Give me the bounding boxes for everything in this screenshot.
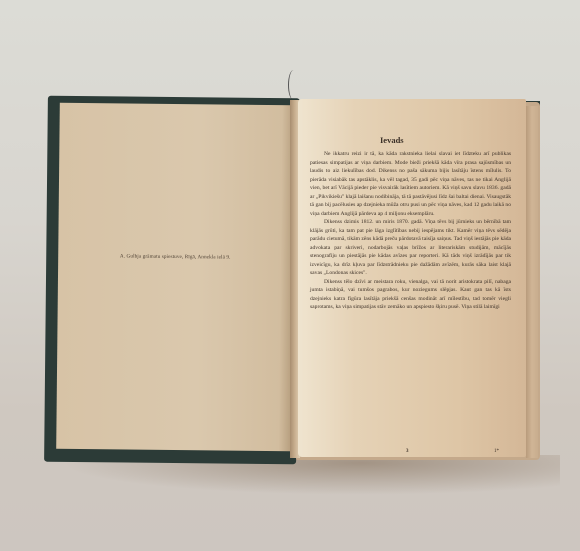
paragraph: Ne ikkatru reizi ir tā, ka kāda rakstnie… <box>310 150 511 218</box>
printer-imprint: A. Gulbja grāmatu spiestuve, Rīgā, Annek… <box>58 253 292 261</box>
right-page[interactable]: Ievads Ne ikkatru reizi ir tā, ka kāda r… <box>298 99 526 457</box>
page-edge <box>526 106 538 458</box>
loose-thread <box>288 70 299 100</box>
chapter-title: Ievads <box>380 135 404 145</box>
paragraph: Dikenss dzimis 1812. un miris 1870. gadā… <box>310 218 511 278</box>
signature-mark: 1* <box>494 449 499 454</box>
left-page[interactable]: A. Gulbja grāmatu spiestuve, Rīgā, Annek… <box>56 103 294 451</box>
page-number: 3 <box>406 449 409 454</box>
body-text: Ne ikkatru reizi ir tā, ka kāda rakstnie… <box>310 150 511 312</box>
paragraph: Dikenss tēlo dzīvi ar meistara roku, vie… <box>310 278 511 312</box>
